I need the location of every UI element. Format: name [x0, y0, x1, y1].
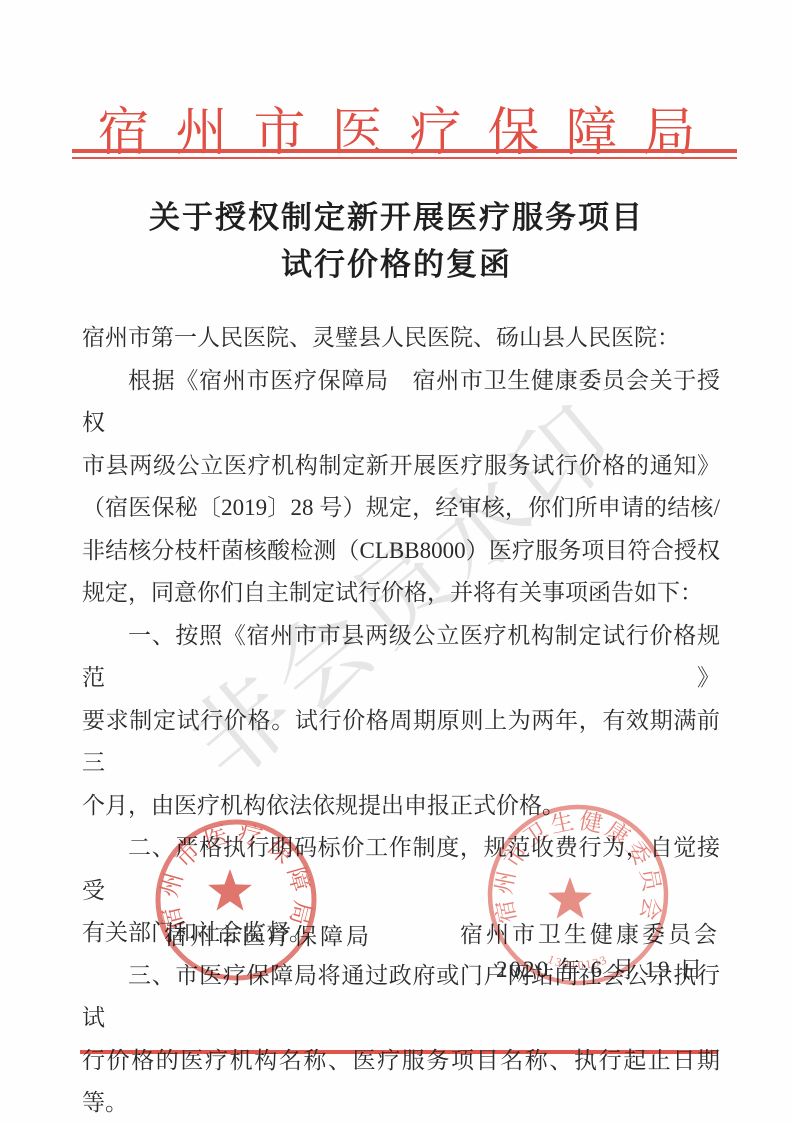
seal-left-star-icon — [208, 869, 252, 911]
seal-right-star-icon — [548, 877, 592, 919]
svg-text:宿州市医疗保障局: 宿州市医疗保障局 — [156, 820, 316, 934]
letterhead-rule-thin — [72, 157, 737, 159]
body-line: 行价格的医疗机构名称、医疗服务项目名称、执行起止日期等。 — [82, 1040, 720, 1122]
document-page: 非会员水印 宿州市医疗保障局 关于授权制定新开展医疗服务项目 试行价格的复函 宿… — [0, 0, 793, 1122]
seal-right-code: 13010133 — [546, 952, 610, 972]
document-title-line1: 关于授权制定新开展医疗服务项目 — [0, 194, 793, 241]
svg-text:13010133: 13010133 — [546, 952, 610, 972]
body-line: 非结核分枝杆菌核酸检测（CLBB8000）医疗服务项目符合授权 — [82, 530, 720, 573]
body-line: 规定，同意你们自主制定试行价格，并将有关事项函告如下： — [82, 572, 720, 615]
official-seal-medical-security-bureau: 宿州市医疗保障局 — [148, 816, 328, 988]
body-line: 宿州市第一人民医院、灵璧县人民医院、砀山县人民医院： — [82, 317, 720, 360]
document-title-line2: 试行价格的复函 — [0, 241, 793, 288]
letterhead-double-rule — [72, 149, 737, 159]
body-line: 要求制定试行价格。试行价格周期原则上为两年，有效期满前三 — [82, 700, 720, 785]
seal-left-ring-text: 宿州市医疗保障局 — [156, 820, 316, 934]
body-line: 市县两级公立医疗机构制定新开展医疗服务试行价格的通知》 — [82, 445, 720, 488]
official-seal-health-commission: 宿州市卫生健康委员会 13010133 — [482, 800, 674, 992]
document-title: 关于授权制定新开展医疗服务项目 试行价格的复函 — [0, 194, 793, 288]
body-line: 根据《宿州市医疗保障局 宿州市卫生健康委员会关于授权 — [82, 360, 720, 445]
body-line: 一、按照《宿州市市县两级公立医疗机构制定试行价格规范》 — [82, 615, 720, 700]
body-text: 宿州市第一人民医院、灵璧县人民医院、砀山县人民医院：根据《宿州市医疗保障局 宿州… — [82, 317, 720, 1122]
letterhead-rule-thick — [72, 149, 737, 153]
body-line: （宿医保秘〔2019〕28 号）规定，经审核，你们所申请的结核/ — [82, 487, 720, 530]
